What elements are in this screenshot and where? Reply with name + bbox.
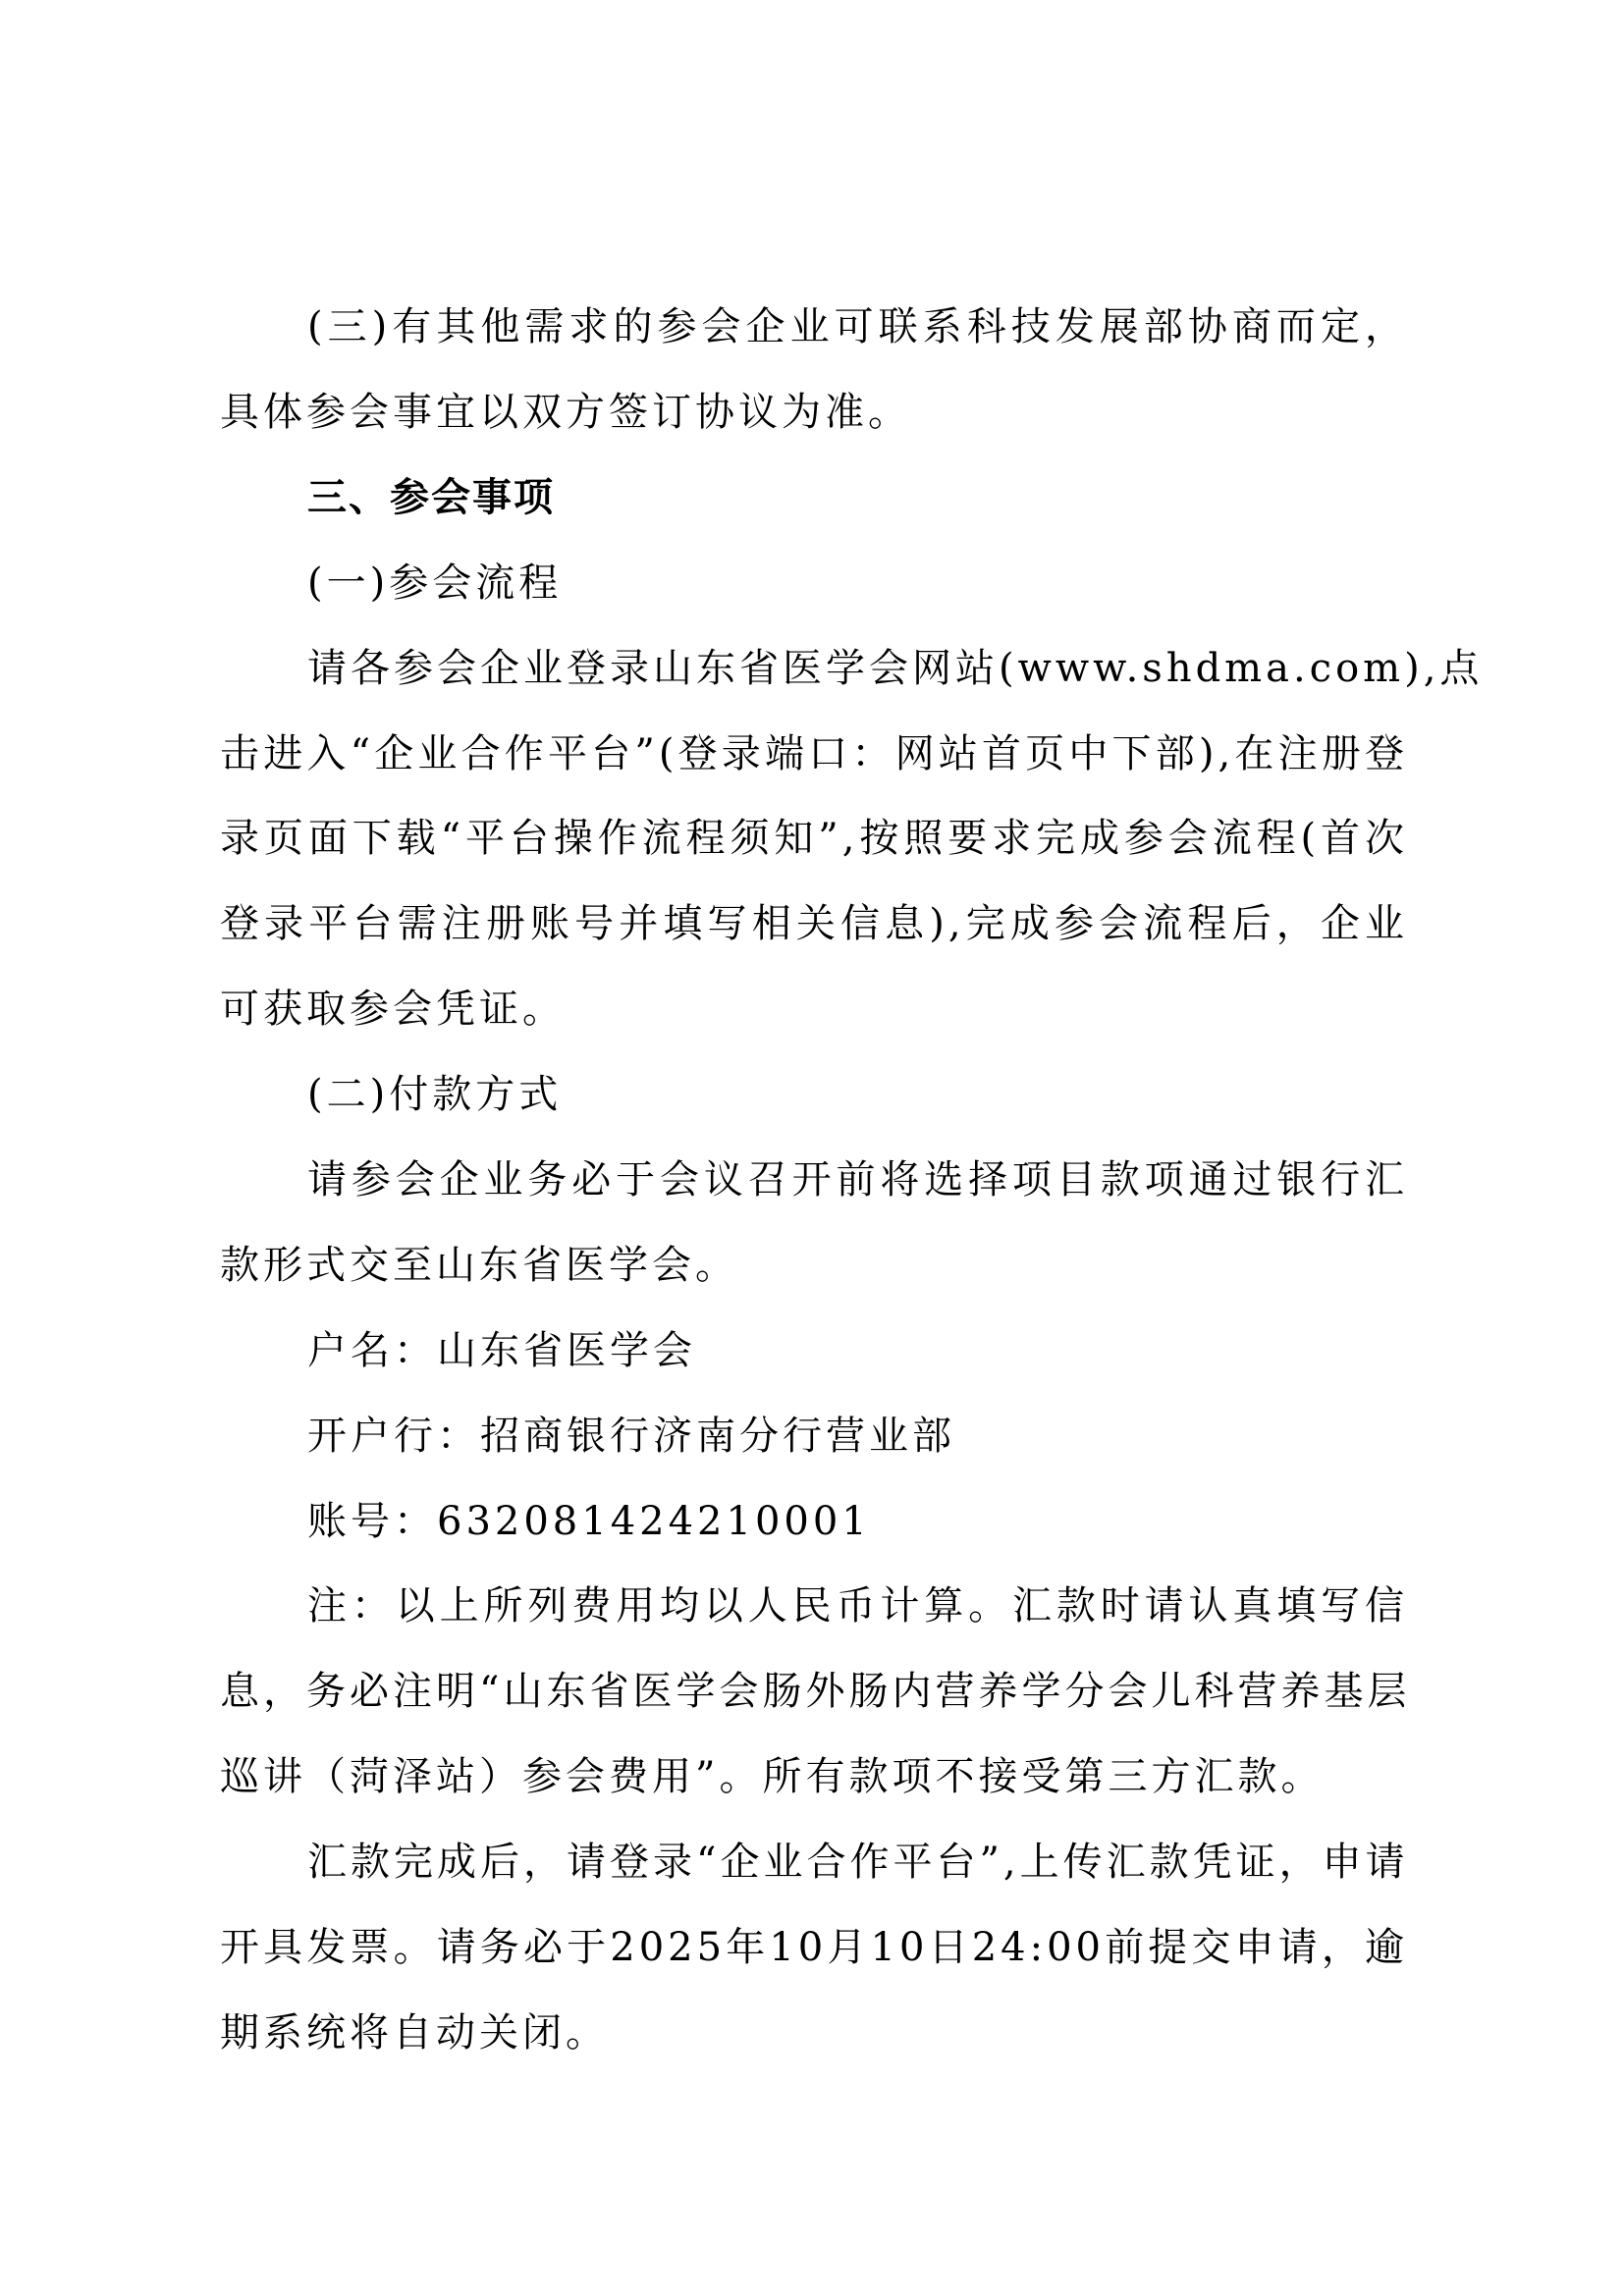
payment-paragraph-line-2: 款形式交至山东省医学会。 xyxy=(220,1236,1408,1295)
item3-line-1: (三)有其他需求的参会企业可联系科技发展部协商而定， xyxy=(307,297,1408,356)
process-paragraph-line-2: 击进入“企业合作平台”(登录端口：网站首页中下部),在注册登 xyxy=(220,724,1408,783)
account-number-line: 账号：632081424210001 xyxy=(307,1492,1408,1551)
subheading-process: (一)参会流程 xyxy=(307,554,1408,613)
note-paragraph-line-3: 巡讲（菏泽站）参会费用”。所有款项不接受第三方汇款。 xyxy=(220,1747,1408,1806)
invoice-paragraph-line-1: 汇款完成后，请登录“企业合作平台”,上传汇款凭证，申请 xyxy=(307,1833,1408,1892)
document-page: (三)有其他需求的参会企业可联系科技发展部协商而定， 具体参会事宜以双方签订协议… xyxy=(0,0,1624,2296)
invoice-paragraph-line-2: 开具发票。请务必于2025年10月10日24:00前提交申请，逾 xyxy=(220,1918,1408,1977)
invoice-paragraph-line-3: 期系统将自动关闭。 xyxy=(220,2003,1408,2062)
item3-line-2: 具体参会事宜以双方签订协议为准。 xyxy=(220,383,1408,442)
payment-paragraph-line-1: 请参会企业务必于会议召开前将选择项目款项通过银行汇 xyxy=(307,1150,1408,1209)
process-paragraph-line-4: 登录平台需注册账号并填写相关信息),完成参会流程后，企业 xyxy=(220,894,1408,953)
process-paragraph-line-1: 请各参会企业登录山东省医学会网站(www.shdma.com),点 xyxy=(307,639,1408,698)
note-paragraph-line-2: 息，务必注明“山东省医学会肠外肠内营养学分会儿科营养基层 xyxy=(220,1662,1408,1721)
subheading-payment: (二)付款方式 xyxy=(307,1065,1408,1124)
process-paragraph-line-5: 可获取参会凭证。 xyxy=(220,980,1408,1039)
note-paragraph-line-1: 注：以上所列费用均以人民币计算。汇款时请认真填写信 xyxy=(307,1576,1408,1635)
section-heading-participation: 三、参会事项 xyxy=(307,468,1408,527)
process-paragraph-line-3: 录页面下载“平台操作流程须知”,按照要求完成参会流程(首次 xyxy=(220,809,1408,868)
account-name-line: 户名：山东省医学会 xyxy=(307,1321,1408,1380)
bank-line: 开户行：招商银行济南分行营业部 xyxy=(307,1407,1408,1466)
